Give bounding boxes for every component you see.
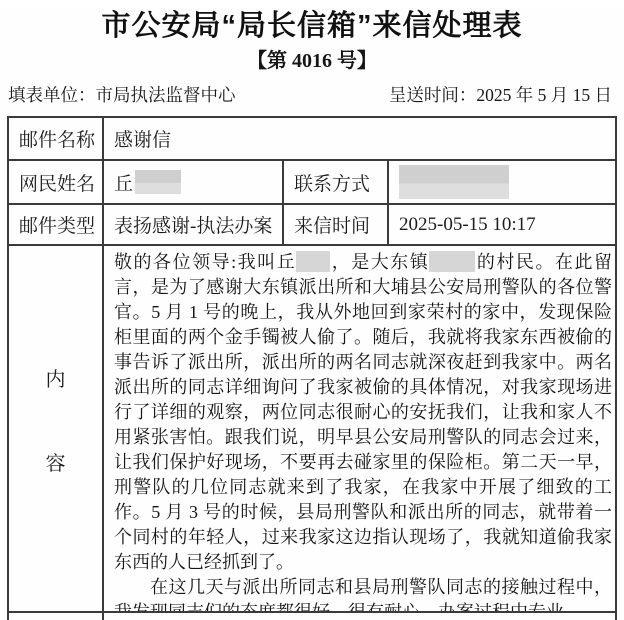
- fill-unit-label: 填表单位：: [8, 85, 96, 105]
- letter-time-label: 来信时间: [284, 205, 389, 246]
- mail-name-label: 邮件名称: [9, 118, 104, 161]
- netizen-name-visible: 丘: [114, 169, 133, 196]
- netizen-name-value: 丘: [104, 161, 284, 205]
- submit-time: 呈送时间：2025 年 5 月 15 日: [389, 84, 612, 106]
- cutoff-rest-cell: [104, 613, 615, 620]
- form-table: 邮件名称 感谢信 网民姓名 丘 联系方式 邮件类型 表扬感谢-执法办案 来信时间…: [7, 116, 617, 620]
- content-body: 敬的各位领导:我叫丘，是大东镇的村民。在此留言，是为了感谢大东镇派出所和大埔县公…: [104, 246, 615, 613]
- document-meta-row: 填表单位：市局执法监督中心 呈送时间：2025 年 5 月 15 日: [8, 84, 612, 106]
- table-row-content: 内 容 敬的各位领导:我叫丘，是大东镇的村民。在此留言，是为了感谢大东镇派出所和…: [9, 246, 615, 613]
- content-paragraph-1: 敬的各位领导:我叫丘，是大东镇的村民。在此留言，是为了感谢大东镇派出所和大埔县公…: [114, 250, 612, 575]
- document-title: 市公安局“局长信箱”来信处理表: [0, 8, 624, 44]
- redaction-box-inline-2: [429, 251, 475, 272]
- fill-unit-value: 市局执法监督中心: [96, 85, 236, 105]
- content-p1-text-1: 敬的各位领导:我叫丘: [114, 252, 296, 272]
- netizen-name-label: 网民姓名: [9, 161, 104, 205]
- letter-processing-form-document: 市公安局“局长信箱”来信处理表 【第 4016 号】 填表单位：市局执法监督中心…: [0, 8, 624, 620]
- document-number: 【第 4016 号】: [0, 48, 624, 74]
- table-row-cutoff: [9, 613, 615, 620]
- mail-type-value: 表扬感谢-执法办案: [104, 205, 284, 246]
- content-label: 内 容: [9, 246, 104, 613]
- submit-time-label: 呈送时间：: [389, 85, 477, 105]
- contact-value: [389, 161, 615, 205]
- fill-unit: 填表单位：市局执法监督中心: [8, 84, 236, 106]
- content-p1-text-2: ，是大东镇: [330, 252, 429, 272]
- content-label-char-1: 内: [46, 363, 66, 392]
- cutoff-label-cell: [9, 613, 104, 620]
- mail-name-value: 感谢信: [104, 118, 615, 161]
- redaction-box-inline-1: [296, 251, 330, 272]
- submit-time-value: 2025 年 5 月 15 日: [476, 85, 612, 105]
- mail-type-label: 邮件类型: [9, 205, 104, 246]
- content-label-char-2: 容: [46, 447, 66, 476]
- redaction-box-contact: [399, 165, 509, 199]
- letter-time-value: 2025-05-15 10:17: [389, 205, 615, 246]
- table-row-type-time: 邮件类型 表扬感谢-执法办案 来信时间 2025-05-15 10:17: [9, 205, 615, 246]
- redaction-box-netizen-name: [135, 170, 181, 194]
- content-p1-text-3: 的村民。在此留言，是为了感谢大东镇派出所和大埔县公安局刑警队的各位警官。5 月 …: [114, 252, 612, 572]
- contact-label: 联系方式: [284, 161, 389, 205]
- table-row-mail-name: 邮件名称 感谢信: [9, 118, 615, 161]
- content-paragraph-2: 在这几天与派出所同志和县局刑警队同志的接触过程中，我发现同志们的态度都很好，很有…: [114, 575, 612, 613]
- table-row-netizen-contact: 网民姓名 丘 联系方式: [9, 161, 615, 205]
